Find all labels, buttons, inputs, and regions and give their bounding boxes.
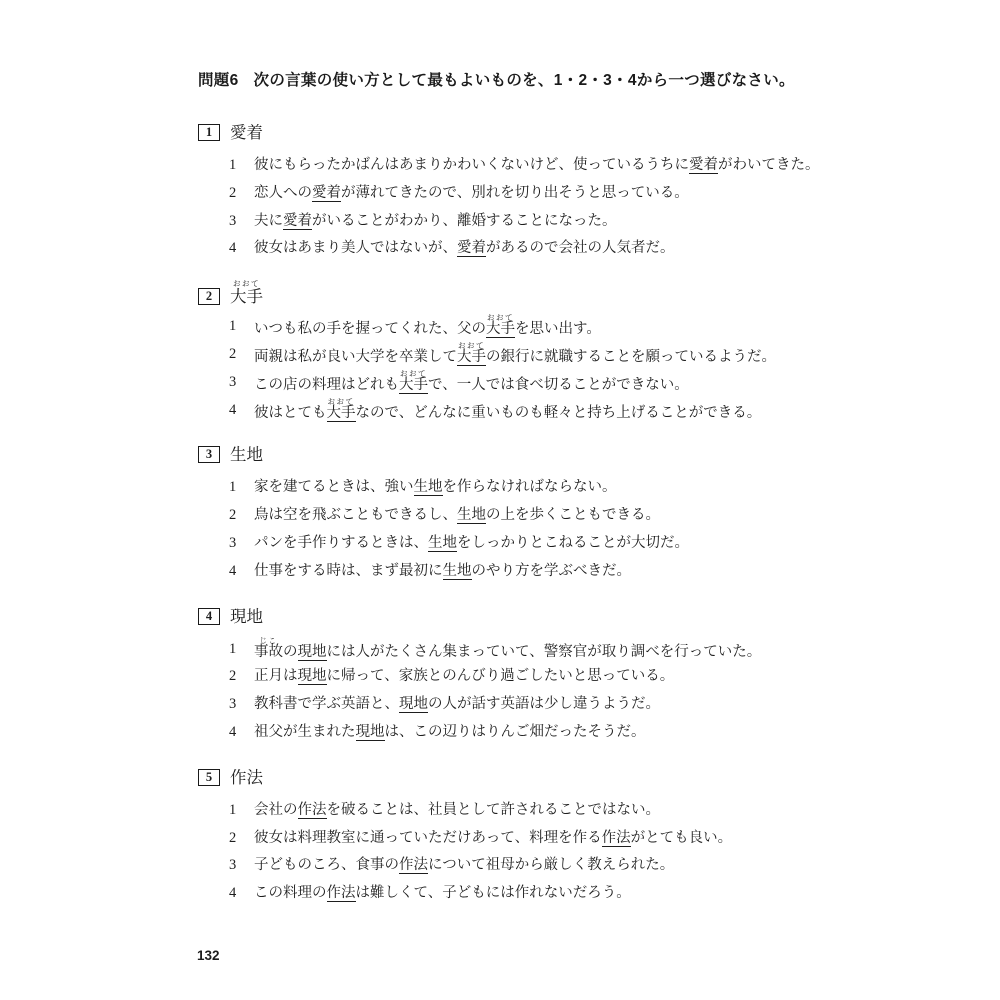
ruby-base-text: 大手 [327,405,356,421]
furigana-text: おおて [486,313,515,322]
headword-text: 大手 [230,287,263,306]
sentence-text: 教科書で学ぶ英語と、 [254,696,399,712]
sentence-text: は、この辺りはりんご畑だったそうだ。 [385,724,646,740]
furigana-text: じこ [254,636,283,645]
option-number: 4 [229,235,242,263]
underlined-target-word: 生地 [457,507,486,524]
sentence-text: をしっかりとこねることが大切だ。 [457,535,689,551]
sentence-text: この料理の [254,885,327,901]
headword-text: 愛着 [230,123,263,142]
sentence-text: 恋人への [254,185,312,201]
underlined-target-word: 現地 [298,644,327,660]
option-number: 3 [229,691,242,719]
question-number-box: 3 [198,446,220,463]
sentence-text: がいることがわかり、離婚することになった。 [312,213,617,229]
answer-option-row: 3パンを手作りするときは、生地をしっかりとこねることが大切だ。 [198,530,838,558]
sentence-text: 彼はとても [254,405,327,421]
option-number: 3 [229,369,242,397]
question-block: 4現地1事故じこの現地には人がたくさん集まっていて、警察官が取り調べを行っていた… [198,602,838,747]
sentence-text: の [283,644,298,660]
underlined-target-word: 愛着 [689,157,718,174]
furigana-text: おおて [399,369,428,378]
headword-furigana: おおて [230,279,263,288]
underlined-target-word: 愛着 [457,240,486,256]
underlined-target-word: 愛着 [312,185,341,201]
sentence-text: のやり方を学ぶべきだ。 [472,563,632,579]
underlined-target-word: 現地 [399,696,428,713]
sentence-text: いつも私の手を握ってくれた、父の [254,321,486,337]
question-block: 3生地1家を建てるときは、強い生地を作らなければならない。2鳥は空を飛ぶこともで… [198,440,838,585]
underlined-target-word: 生地 [414,479,443,496]
ruby-base-text: 事故 [254,644,283,660]
option-sentence: 鳥は空を飛ぶこともできるし、生地の上を歩くこともできる。 [254,502,660,530]
answer-option-row: 3教科書で学ぶ英語と、現地の人が話す英語は少し違うようだ。 [198,691,838,719]
question-headword-row: 4現地 [198,602,838,632]
option-number: 3 [229,208,242,236]
answer-option-row: 1家を建てるときは、強い生地を作らなければならない。 [198,474,838,502]
answer-option-row: 4祖父が生まれた現地は、この辺りはりんご畑だったそうだ。 [198,719,838,747]
answer-option-row: 2正月は現地に帰って、家族とのんびり過ごしたいと思っている。 [198,663,838,691]
underlined-target-word: 作法 [327,885,356,901]
underlined-target-word: 作法 [602,830,631,846]
question-number-box: 5 [198,769,220,786]
sentence-text: があるので会社の人気者だ。 [486,240,675,256]
option-sentence: 恋人への愛着が薄れてきたので、別れを切り出そうと思っている。 [254,180,689,208]
underlined-target-word: 現地 [356,724,385,740]
underlined-target-word: 作法 [298,802,327,819]
sentence-text: に帰って、家族とのんびり過ごしたいと思っている。 [327,668,675,684]
underlined-target-word: 現地 [356,724,385,741]
underlined-target-word: 作法 [298,802,327,818]
questions-container: 1愛着1彼にもらったかばんはあまりかわいくないけど、使っているうちに愛着がわいて… [198,118,838,908]
furigana-text: おおて [327,397,356,406]
question-block: 1愛着1彼にもらったかばんはあまりかわいくないけど、使っているうちに愛着がわいて… [198,118,838,263]
sentence-text: で、一人では食べ切ることができない。 [428,377,689,393]
question-headword-row: 1愛着 [198,118,838,148]
ruby-annotated-word: 大手おおて [457,349,486,365]
underlined-target-word: 大手おおて [327,405,356,422]
sentence-text: を作らなければならない。 [443,479,617,495]
sentence-text: が薄れてきたので、別れを切り出そうと思っている。 [341,185,689,201]
option-sentence: この料理の作法は難しくて、子どもには作れないだろう。 [254,880,631,908]
ruby-annotated-word: 大手おおて [327,405,356,421]
option-sentence: 仕事をする時は、まず最初に生地のやり方を学ぶべきだ。 [254,558,631,586]
sentence-text: 祖父が生まれた [254,724,356,740]
option-number: 1 [229,797,242,825]
sentence-text: 家を建てるときは、強い [254,479,414,495]
underlined-target-word: 大手おおて [457,349,486,366]
ruby-annotated-word: 大手おおて [399,377,428,393]
underlined-target-word: 作法 [602,830,631,847]
option-sentence: 会社の作法を破ることは、社員として許されることではない。 [254,797,660,825]
sentence-text: について祖母から厳しく教えられた。 [428,857,674,873]
underlined-target-word: 愛着 [312,185,341,202]
option-number: 1 [229,152,242,180]
furigana-text: おおて [457,341,486,350]
option-number: 1 [229,636,242,664]
option-sentence: 彼はとても大手おおてなので、どんなに重いものも軽々と持ち上げることができる。 [254,397,761,425]
sentence-text: この店の料理はどれも [254,377,399,393]
underlined-target-word: 生地 [414,479,443,495]
sentence-text: パンを手作りするときは、 [254,535,428,551]
option-number: 3 [229,530,242,558]
sentence-text: の人が話す英語は少し違うようだ。 [428,696,660,712]
option-sentence: 祖父が生まれた現地は、この辺りはりんご畑だったそうだ。 [254,719,646,747]
option-number: 1 [229,474,242,502]
option-sentence: 子どものころ、食事の作法について祖母から厳しく教えられた。 [254,852,674,880]
option-sentence: 教科書で学ぶ英語と、現地の人が話す英語は少し違うようだ。 [254,691,660,719]
option-sentence: 彼にもらったかばんはあまりかわいくないけど、使っているうちに愛着がわいてきた。 [254,152,820,180]
answer-option-row: 3夫に愛着がいることがわかり、離婚することになった。 [198,208,838,236]
ruby-base-text: 大手 [457,349,486,365]
sentence-text: の上を歩くこともできる。 [486,507,660,523]
answer-option-row: 4この料理の作法は難しくて、子どもには作れないだろう。 [198,880,838,908]
sentence-text: 正月は [254,668,298,684]
sentence-text: の銀行に就職することを願っているようだ。 [486,349,776,365]
question-headword-row: 5作法 [198,763,838,793]
prompt-number-label: 問題6 [198,72,239,89]
underlined-target-word: 作法 [327,885,356,902]
answer-option-row: 1事故じこの現地には人がたくさん集まっていて、警察官が取り調べを行っていた。 [198,636,838,664]
underlined-target-word: 愛着 [283,213,312,229]
ruby-base-text: 大手 [486,321,515,337]
sentence-text: 彼にもらったかばんはあまりかわいくないけど、使っているうちに [254,157,689,173]
prompt-instruction-text: 次の言葉の使い方として最もよいものを、1・2・3・4から一つ選びなさい。 [254,72,795,89]
option-number: 4 [229,558,242,586]
sentence-text: 両親は私が良い大学を卒業して [254,349,457,365]
ruby-annotated-word: 大手おおて [486,321,515,337]
underlined-target-word: 大手おおて [399,377,428,394]
ruby-base-text: 大手 [399,377,428,393]
underlined-target-word: 愛着 [283,213,312,230]
page-number: 132 [197,948,220,963]
option-sentence: 家を建てるときは、強い生地を作らなければならない。 [254,474,617,502]
option-number: 4 [229,880,242,908]
underlined-target-word: 生地 [443,563,472,579]
answer-option-row: 2鳥は空を飛ぶこともできるし、生地の上を歩くこともできる。 [198,502,838,530]
ruby-annotated-word: 事故じこ [254,644,283,660]
underlined-target-word: 現地 [298,668,327,684]
question-number-box: 2 [198,288,220,305]
question-headword-row: 3生地 [198,440,838,470]
answer-option-row: 2恋人への愛着が薄れてきたので、別れを切り出そうと思っている。 [198,180,838,208]
page-content: 問題6次の言葉の使い方として最もよいものを、1・2・3・4から一つ選びなさい。 … [198,68,838,924]
option-sentence: 彼女は料理教室に通っていただけあって、料理を作る作法がとても良い。 [254,825,732,853]
sentence-text: 子どものころ、食事の [254,857,399,873]
option-number: 2 [229,180,242,208]
answer-option-row: 3子どものころ、食事の作法について祖母から厳しく教えられた。 [198,852,838,880]
option-number: 2 [229,341,242,369]
option-sentence: 正月は現地に帰って、家族とのんびり過ごしたいと思っている。 [254,663,674,691]
underlined-target-word: 愛着 [689,157,718,173]
sentence-text: 会社の [254,802,298,818]
option-sentence: この店の料理はどれも大手おおてで、一人では食べ切ることができない。 [254,369,689,397]
option-sentence: パンを手作りするときは、生地をしっかりとこねることが大切だ。 [254,530,689,558]
option-number: 1 [229,313,242,341]
question-number-box: 4 [198,608,220,625]
answer-option-row: 4仕事をする時は、まず最初に生地のやり方を学ぶべきだ。 [198,558,838,586]
answer-option-row: 4彼女はあまり美人ではないが、愛着があるので会社の人気者だ。 [198,235,838,263]
underlined-target-word: 生地 [457,507,486,523]
question-headword-row: 2大手おおて [198,279,838,309]
headword-text: 現地 [230,607,263,626]
underlined-target-word: 現地 [298,668,327,685]
option-sentence: 彼女はあまり美人ではないが、愛着があるので会社の人気者だ。 [254,235,675,263]
option-sentence: 夫に愛着がいることがわかり、離婚することになった。 [254,208,617,236]
option-number: 4 [229,719,242,747]
sentence-text: 夫に [254,213,283,229]
headword-text: 生地 [230,445,263,464]
underlined-target-word: 大手おおて [486,321,515,338]
sentence-text: 彼女はあまり美人ではないが、 [254,240,457,256]
underlined-target-word: 生地 [443,563,472,580]
question-number-box: 1 [198,124,220,141]
underlined-target-word: 現地 [298,644,327,661]
sentence-text: は難しくて、子どもには作れないだろう。 [356,885,631,901]
sentence-text: を破ることは、社員として許されることではない。 [327,802,661,818]
option-number: 2 [229,663,242,691]
option-sentence: 両親は私が良い大学を卒業して大手おおての銀行に就職することを願っているようだ。 [254,341,776,369]
answer-option-row: 1会社の作法を破ることは、社員として許されることではない。 [198,797,838,825]
option-number: 2 [229,502,242,530]
answer-option-row: 1いつも私の手を握ってくれた、父の大手おおてを思い出す。 [198,313,838,341]
answer-option-row: 4彼はとても大手おおてなので、どんなに重いものも軽々と持ち上げることができる。 [198,397,838,425]
option-number: 2 [229,825,242,853]
answer-option-row: 3この店の料理はどれも大手おおてで、一人では食べ切ることができない。 [198,369,838,397]
sentence-text: なので、どんなに重いものも軽々と持ち上げることができる。 [356,405,762,421]
question-block: 2大手おおて1いつも私の手を握ってくれた、父の大手おおてを思い出す。2両親は私が… [198,279,838,424]
option-sentence: 事故じこの現地には人がたくさん集まっていて、警察官が取り調べを行っていた。 [254,636,761,664]
headword-ruby: 大手おおて [230,287,263,306]
sentence-text: 仕事をする時は、まず最初に [254,563,443,579]
underlined-target-word: 作法 [399,857,428,873]
question-block: 5作法1会社の作法を破ることは、社員として許されることではない。2彼女は料理教室… [198,763,838,908]
underlined-target-word: 生地 [428,535,457,552]
option-sentence: いつも私の手を握ってくれた、父の大手おおてを思い出す。 [254,313,601,341]
answer-option-row: 2彼女は料理教室に通っていただけあって、料理を作る作法がとても良い。 [198,825,838,853]
underlined-target-word: 生地 [428,535,457,551]
underlined-target-word: 愛着 [457,240,486,257]
sentence-text: 鳥は空を飛ぶこともできるし、 [254,507,457,523]
answer-option-row: 1彼にもらったかばんはあまりかわいくないけど、使っているうちに愛着がわいてきた。 [198,152,838,180]
option-number: 3 [229,852,242,880]
option-number: 4 [229,397,242,425]
sentence-text: 彼女は料理教室に通っていただけあって、料理を作る [254,830,602,846]
sentence-text: には人がたくさん集まっていて、警察官が取り調べを行っていた。 [327,644,762,660]
sentence-text: を思い出す。 [515,321,601,337]
sentence-text: がわいてきた。 [718,157,820,173]
sentence-text: がとても良い。 [631,830,733,846]
question-prompt: 問題6次の言葉の使い方として最もよいものを、1・2・3・4から一つ選びなさい。 [198,68,838,90]
underlined-target-word: 現地 [399,696,428,712]
underlined-target-word: 作法 [399,857,428,874]
headword-text: 作法 [230,768,263,787]
answer-option-row: 2両親は私が良い大学を卒業して大手おおての銀行に就職することを願っているようだ。 [198,341,838,369]
